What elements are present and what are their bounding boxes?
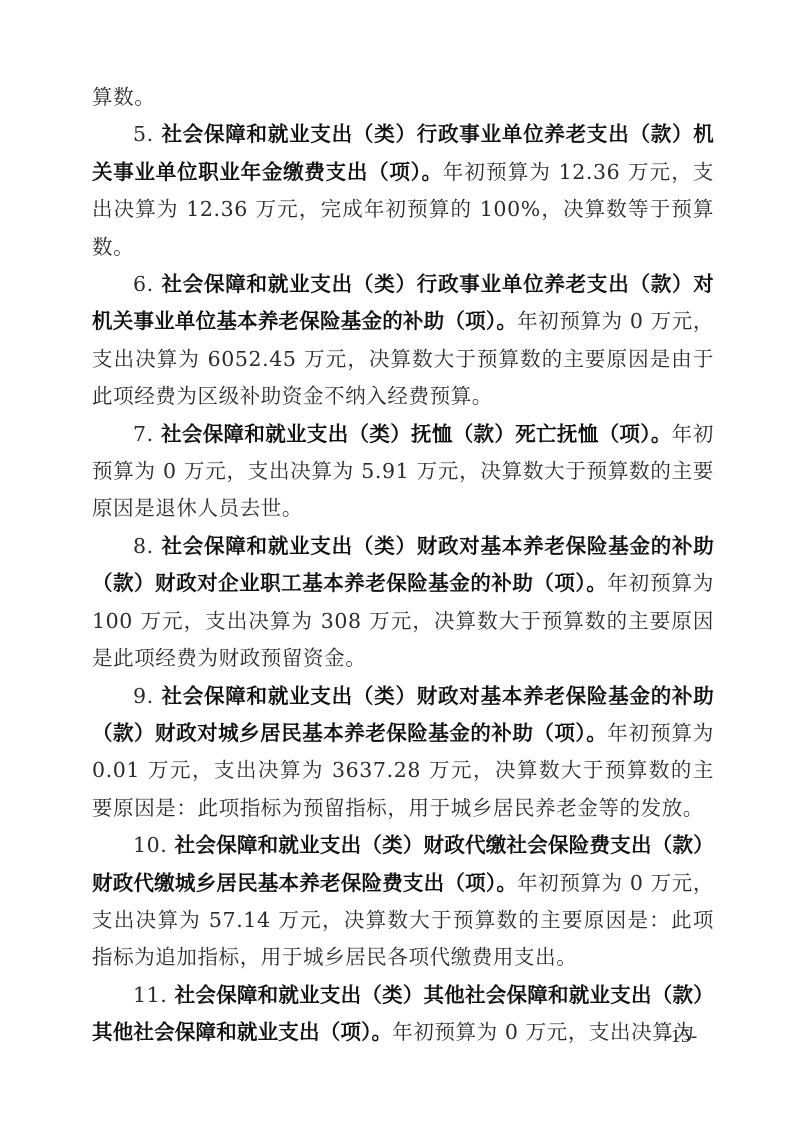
item-7-paragraph: 7. 社会保障和就业支出（类）抚恤（款）死亡抚恤（项）。年初预算为 0 万元，支…	[92, 416, 714, 528]
item-11-paragraph: 11. 社会保障和就业支出（类）其他社会保障和就业支出（款）其他社会保障和就业支…	[92, 977, 714, 1052]
item-number: 6.	[133, 272, 154, 296]
item-9-paragraph: 9. 社会保障和就业支出（类）财政对基本养老保险基金的补助（款）财政对城乡居民基…	[92, 678, 714, 828]
item-10-paragraph: 10. 社会保障和就业支出（类）财政代缴社会保险费支出（款）财政代缴城乡居民基本…	[92, 827, 714, 977]
item-body: 年初预算为 0 万元，支出决算为	[392, 1020, 694, 1044]
item-5-paragraph: 5. 社会保障和就业支出（类）行政事业单位养老支出（款）机关事业单位职业年金缴费…	[92, 116, 714, 266]
item-heading: 社会保障和就业支出（类）抚恤（款）死亡抚恤（项）。	[161, 422, 672, 446]
item-number: 9.	[133, 684, 154, 708]
item-6-paragraph: 6. 社会保障和就业支出（类）行政事业单位养老支出（款）对机关事业单位基本养老保…	[92, 266, 714, 416]
continuation-text: 算数。	[92, 79, 714, 116]
item-number: 8.	[133, 534, 154, 558]
item-8-paragraph: 8. 社会保障和就业支出（类）财政对基本养老保险基金的补助（款）财政对企业职工基…	[92, 528, 714, 678]
item-number: 10.	[133, 833, 167, 857]
document-page: 算数。 5. 社会保障和就业支出（类）行政事业单位养老支出（款）机关事业单位职业…	[92, 79, 714, 1052]
page-number: -15-	[664, 1026, 698, 1048]
item-number: 7.	[133, 422, 154, 446]
item-number: 5.	[133, 122, 154, 146]
item-number: 11.	[133, 983, 167, 1007]
